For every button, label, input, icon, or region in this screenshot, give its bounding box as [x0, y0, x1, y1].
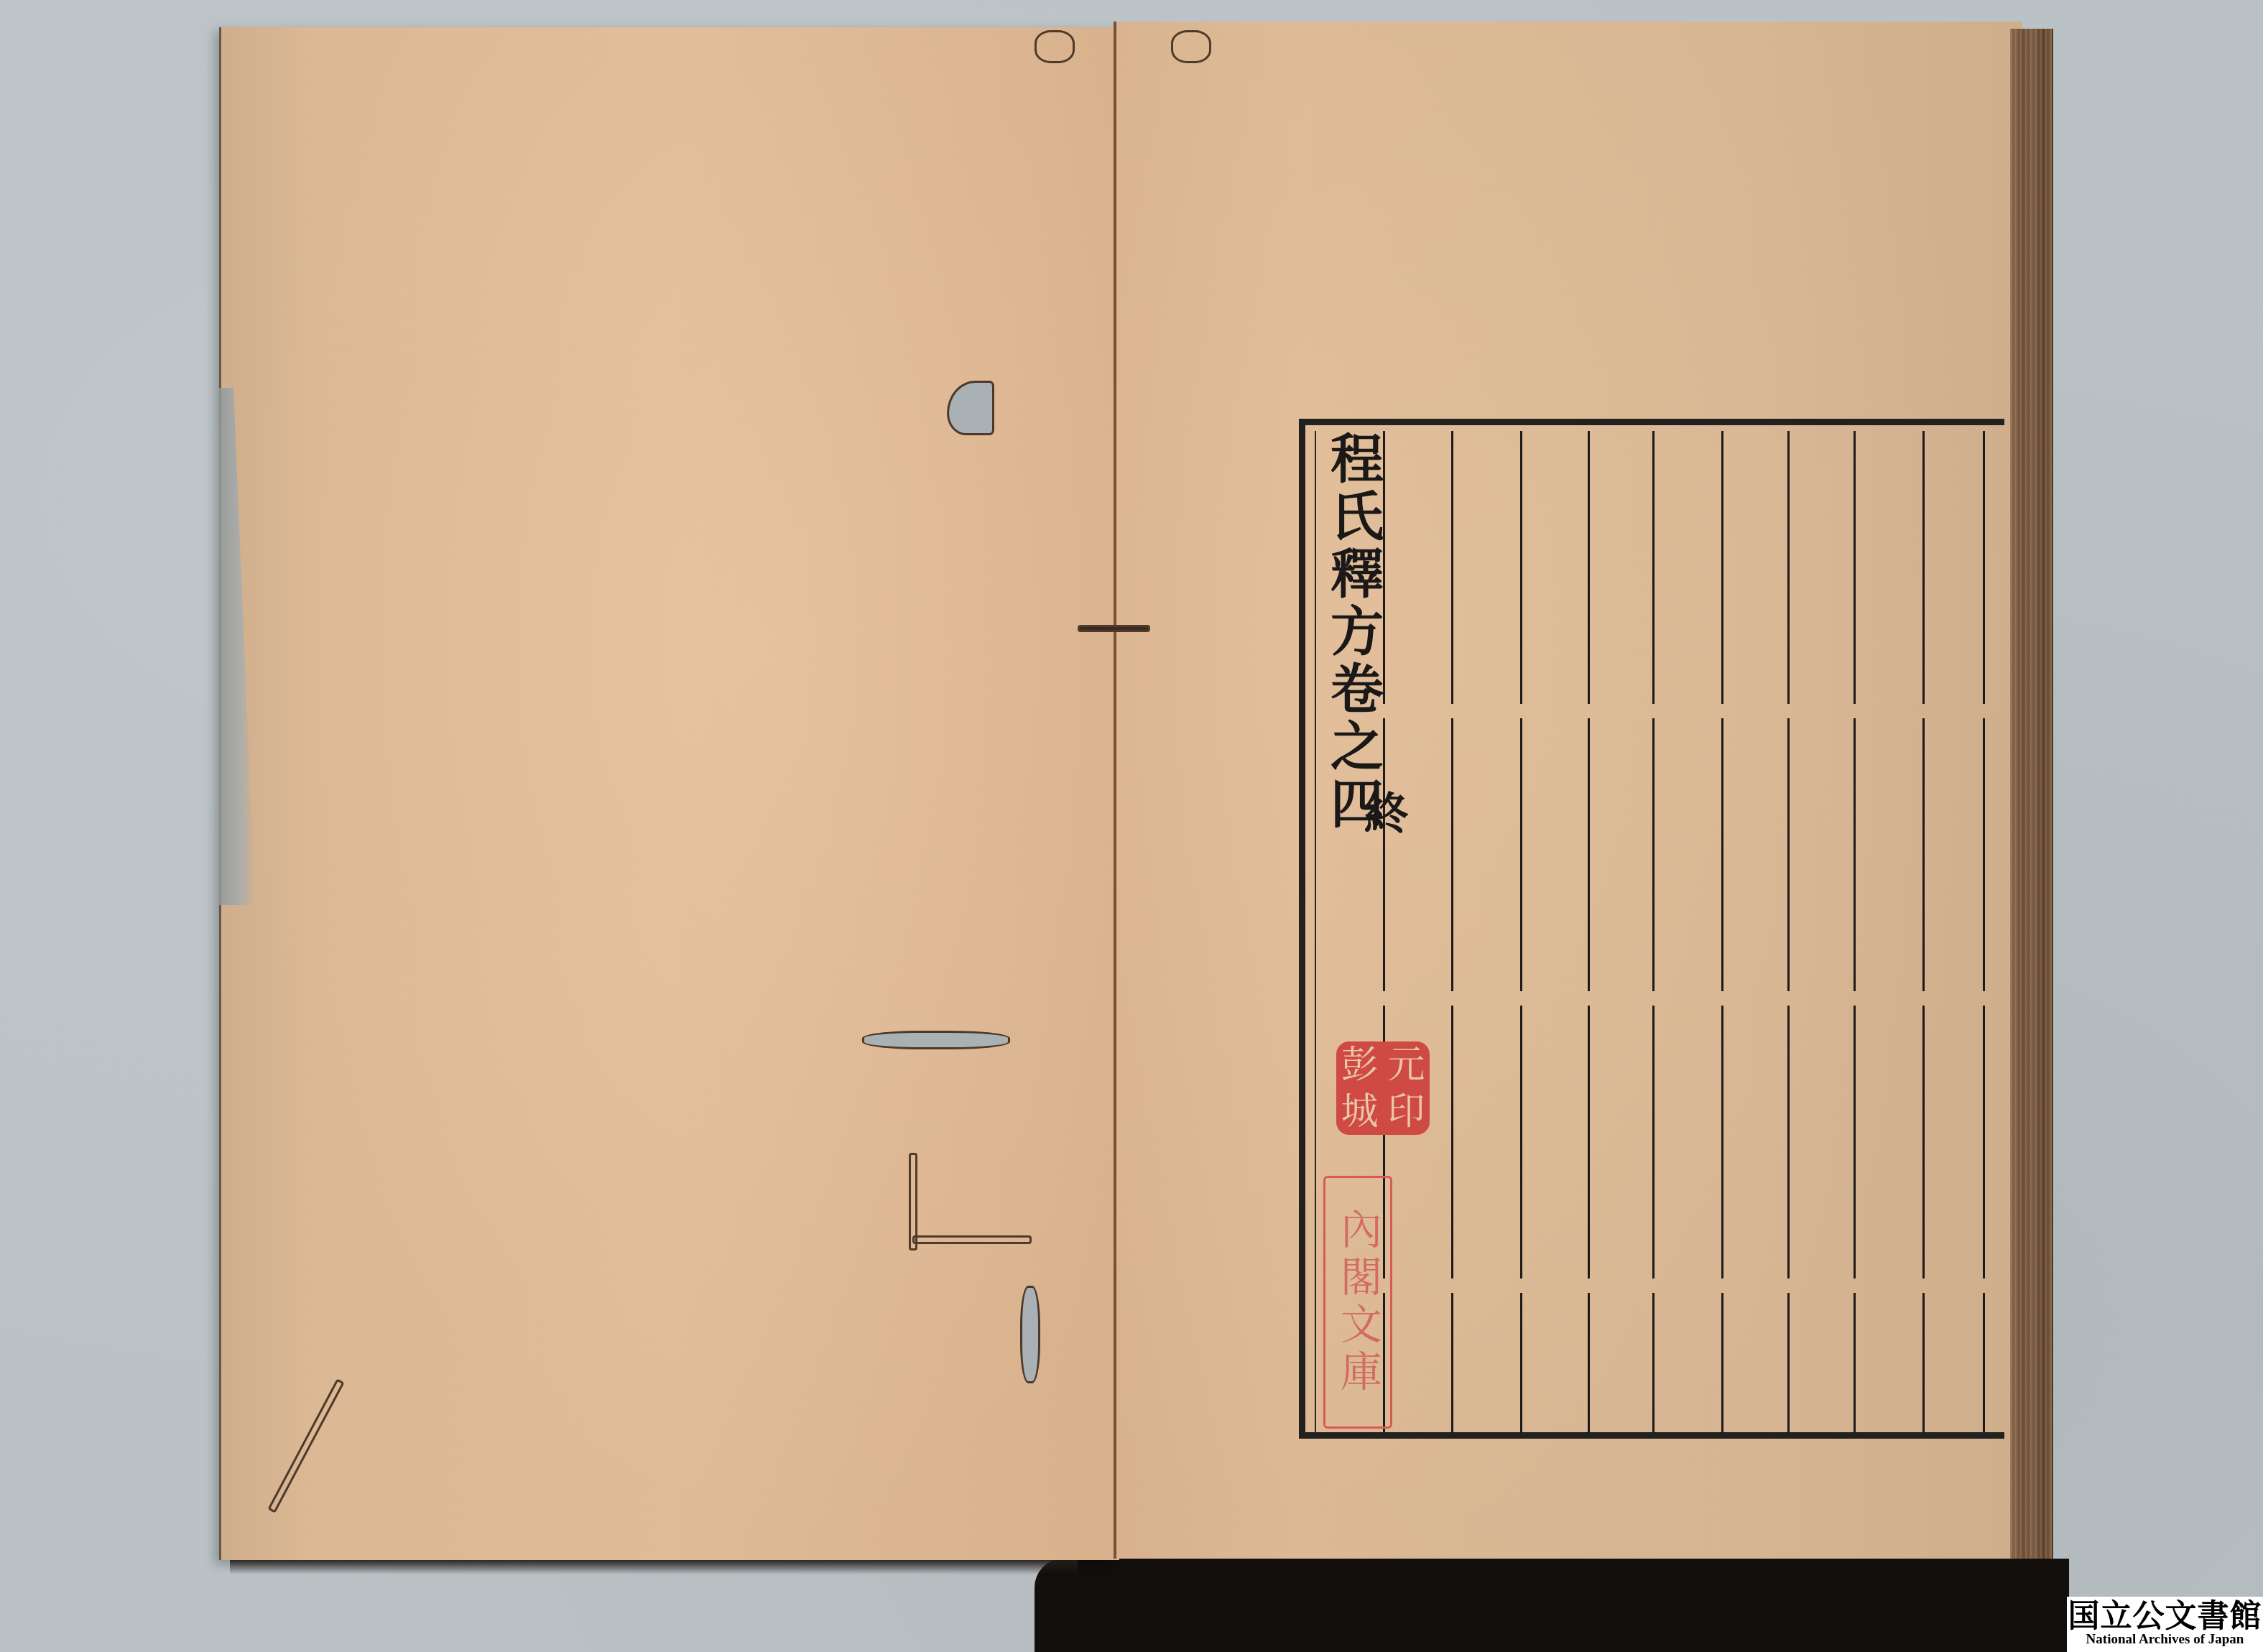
book-shadow [230, 1559, 1078, 1574]
page-stack-lines [2010, 29, 2052, 1559]
printed-border-frame [1299, 419, 2004, 1439]
archive-watermark-logo: 国立公文書館 National Archives of Japan [2067, 1597, 2263, 1652]
column-rule [1854, 431, 1856, 1433]
rectangular-library-seal: 內閣文庫 [1323, 1176, 1392, 1429]
seal-char: 印 [1387, 1093, 1425, 1131]
column-rule [1721, 431, 1723, 1433]
column-rule [1652, 431, 1655, 1433]
logo-japanese-text: 国立公文書館 [2068, 1601, 2262, 1633]
wormhole [1171, 30, 1211, 63]
column-rule [1983, 431, 1985, 1433]
column-rule [1588, 431, 1590, 1433]
column-rule [1922, 431, 1925, 1433]
wormhole [912, 1235, 1032, 1244]
left-page [219, 27, 1119, 1560]
logo-english-text: National Archives of Japan [2086, 1633, 2244, 1648]
end-marker: 終 [1351, 790, 1415, 835]
seal-char: 元 [1387, 1047, 1425, 1084]
column-rule [1787, 431, 1790, 1433]
title-column: 程氏釋方卷之四 [1323, 431, 1382, 833]
center-fold [1114, 22, 1116, 1559]
volume-title: 程氏釋方卷之四 [1326, 431, 1379, 833]
wormhole [1035, 30, 1075, 63]
seal-char: 城 [1341, 1093, 1378, 1131]
square-red-seal: 彭 元 城 印 [1336, 1041, 1430, 1135]
seal-char: 彭 [1341, 1047, 1378, 1084]
book-fore-edge [2010, 29, 2053, 1559]
column-rule [1520, 431, 1522, 1433]
frame-inner-rule [1315, 431, 1316, 1433]
black-cloth-support [1035, 1559, 2069, 1652]
wormhole-tear [862, 1031, 1010, 1049]
wormhole [1078, 625, 1150, 632]
column-rule [1451, 431, 1453, 1433]
wormhole-tear [1020, 1286, 1040, 1383]
